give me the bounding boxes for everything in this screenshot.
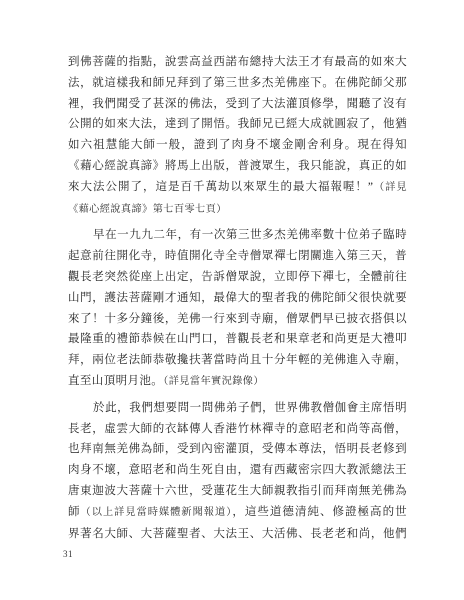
body-text: 直至山頂明月池。 [68, 375, 163, 387]
text-line: 直至山頂明月池。（詳見當年實況錄像） [68, 371, 407, 393]
text-line: 唐東迦波大菩薩十六世，受蓮花生大師親教指引而拜南無羌佛為 [68, 481, 407, 502]
body-text: 法，就這樣我和師兄拜到了第三世多杰羌佛座下。在佛陀師父那 [68, 77, 407, 89]
text-line: 於此，我們想要問一問佛弟子們，世界佛教僧伽會主席悟明 [68, 398, 407, 419]
text-line: 如六祖慧能大師一般，證到了肉身不壞金剛舍利身。現在得知 [68, 135, 407, 156]
text-line: 山門，護法菩薩剛才通知，最偉大的聖者我的佛陀師父很快就要 [68, 288, 407, 309]
body-text: 到佛菩薩的指點，說雲高益西諾布總持大法王才有最高的如來大 [68, 56, 407, 68]
text-line: 最隆重的禮節恭候在山門口，普觀長老和果章老和尚更是大禮叩 [68, 329, 407, 350]
body-text: 長老，虛雲大師的衣缽傳人香港竹林禪寺的意昭老和尚等高僧， [68, 423, 407, 435]
body-text: 公開的如來大法，達到了開悟。我師兄已經大成就圓寂了，他猶 [68, 118, 407, 130]
page-number: 31 [63, 549, 73, 559]
body-text: 於此，我們想要問一問佛弟子們，世界佛教僧伽會主席悟明 [93, 402, 407, 414]
citation-text: 《藉心經說真諦》第七百零七頁） [68, 204, 227, 215]
body-text: 唐東迦波大菩薩十六世，受蓮花生大師親教指引而拜南無羌佛為 [68, 485, 407, 497]
paragraph-2: 早在一九九二年，有一次第三世多杰羌佛率數十位弟子臨時起意前往開化寺，時值開化寺全… [68, 225, 407, 392]
text-line: 法，就這樣我和師兄拜到了第三世多杰羌佛座下。在佛陀師父那 [68, 73, 407, 94]
text-line: 起意前往開化寺，時值開化寺全寺僧眾禪七閉關進入第三天，普 [68, 246, 407, 267]
citation-text: （詳見當年實況錄像） [163, 376, 264, 387]
body-text-block: 到佛菩薩的指點，說雲高益西諾布總持大法王才有最高的如來大法，就這樣我和師兄拜到了… [68, 52, 407, 544]
text-line: 公開的如來大法，達到了開悟。我師兄已經大成就圓寂了，他猶 [68, 114, 407, 135]
body-text: 《藉心經說真諦》將馬上出版，普渡眾生，我只能說，真正的如 [68, 160, 407, 172]
body-text: 早在一九九二年，有一次第三世多杰羌佛率數十位弟子臨時 [93, 229, 407, 241]
body-text: 肉身不壞，意昭老和尚生死自由，還有西藏密宗四大教派總法王 [68, 464, 407, 476]
paragraph-3: 於此，我們想要問一問佛弟子們，世界佛教僧伽會主席悟明長老，虛雲大師的衣缽傳人香港… [68, 398, 407, 545]
body-text: 來大法公開了，這是百千萬劫以來眾生的最大福報喔！” [68, 181, 373, 193]
text-line: 拜，兩位老法師恭敬攙扶著當時尚且十分年輕的羌佛進入寺廟， [68, 350, 407, 371]
paragraph-1: 到佛菩薩的指點，說雲高益西諾布總持大法王才有最高的如來大法，就這樣我和師兄拜到了… [68, 52, 407, 220]
body-text: 裡，我們聞受了甚深的佛法，受到了大法灌頂修學，聞聽了沒有 [68, 98, 407, 110]
text-line: 到佛菩薩的指點，說雲高益西諾布總持大法王才有最高的如來大 [68, 52, 407, 73]
body-text: 最隆重的禮節恭候在山門口，普觀長老和果章老和尚更是大禮叩 [68, 333, 407, 345]
body-text: 起意前往開化寺，時值開化寺全寺僧眾禪七閉關進入第三天，普 [68, 250, 407, 262]
text-line: 觀長老突然從座上出定，告訴僧眾說，立即停下禪七，全體前往 [68, 267, 407, 288]
text-line: 界著名大師、大菩薩聖者、大法王、大活佛、長老老和尚，他們 [68, 524, 407, 545]
text-line: 裡，我們聞受了甚深的佛法，受到了大法灌頂修學，聞聽了沒有 [68, 94, 407, 115]
body-text: 界著名大師、大菩薩聖者、大法王、大活佛、長老老和尚，他們 [68, 528, 407, 540]
body-text: 如六祖慧能大師一般，證到了肉身不壞金剛舍利身。現在得知 [68, 139, 407, 151]
text-line: 《藉心經說真諦》第七百零七頁） [68, 199, 407, 221]
text-line: 來了！十多分鐘後，羌佛一行來到寺廟，僧眾們早已披衣搭俱以 [68, 309, 407, 330]
text-line: 師（以上詳見當時媒體新聞報道），這些道德清純、修證極高的世 [68, 502, 407, 524]
citation-text: （詳見 [373, 182, 407, 193]
text-line: 肉身不壞，意昭老和尚生死自由，還有西藏密宗四大教派總法王 [68, 460, 407, 481]
body-text: 來了！十多分鐘後，羌佛一行來到寺廟，僧眾們早已披衣搭俱以 [68, 313, 407, 325]
body-text: 也拜南無羌佛為師，受到內密灌頂，受傳本尊法，悟明長老修到 [68, 443, 407, 455]
body-text: ，這些道德清純、修證極高的世 [232, 506, 407, 518]
body-text: 觀長老突然從座上出定，告訴僧眾說，立即停下禪七，全體前往 [68, 271, 407, 283]
body-text: 山門，護法菩薩剛才通知，最偉大的聖者我的佛陀師父很快就要 [68, 292, 407, 304]
text-line: 早在一九九二年，有一次第三世多杰羌佛率數十位弟子臨時 [68, 225, 407, 246]
body-text: 拜，兩位老法師恭敬攙扶著當時尚且十分年輕的羌佛進入寺廟， [68, 354, 407, 366]
text-line: 《藉心經說真諦》將馬上出版，普渡眾生，我只能說，真正的如 [68, 156, 407, 177]
text-line: 也拜南無羌佛為師，受到內密灌頂，受傳本尊法，悟明長老修到 [68, 439, 407, 460]
text-line: 長老，虛雲大師的衣缽傳人香港竹林禪寺的意昭老和尚等高僧， [68, 419, 407, 440]
document-page: 到佛菩薩的指點，說雲高益西諾布總持大法王才有最高的如來大法，就這樣我和師兄拜到了… [0, 0, 464, 600]
citation-text: （以上詳見當時媒體新聞報道） [81, 507, 233, 518]
body-text: 師 [68, 506, 81, 518]
text-line: 來大法公開了，這是百千萬劫以來眾生的最大福報喔！”（詳見 [68, 177, 407, 199]
